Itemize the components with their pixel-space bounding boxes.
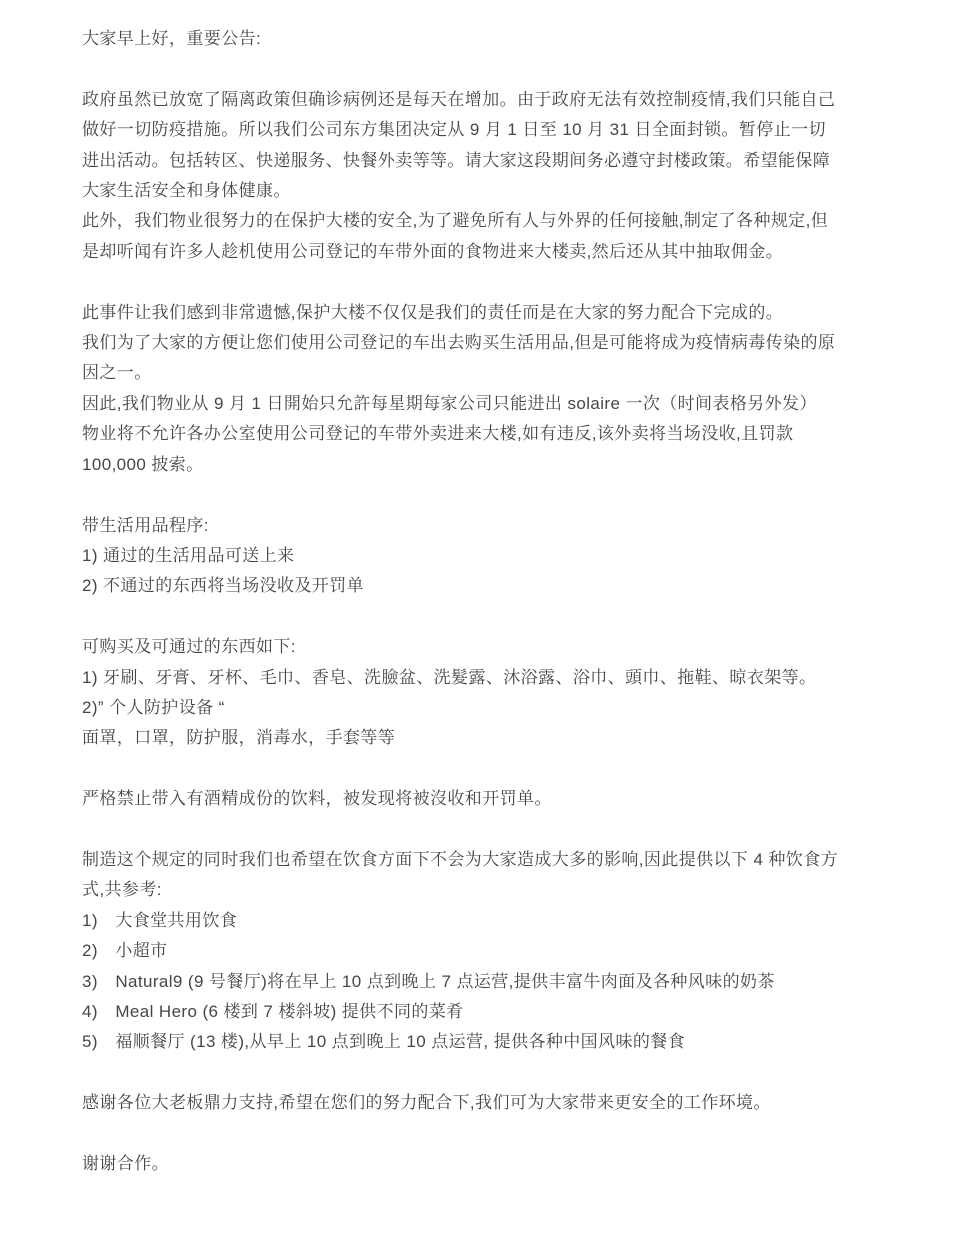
announcement-document: 大家早上好，重要公告: 政府虽然已放宽了隔离政策但确诊病例还是每天在增加。由于政… bbox=[0, 0, 958, 1179]
text-line: 制造这个规定的同时我们也希望在饮食方面下不会为大家造成大多的影响,因此提供以下 … bbox=[82, 845, 880, 875]
text-line: 严格禁止带入有酒精成份的饮料，被发现将被沒收和开罚单。 bbox=[82, 784, 880, 814]
text-line: 2) 小超市 bbox=[82, 936, 880, 966]
text-line: 此外，我们物业很努力的在保护大楼的安全,为了避免所有人与外界的任何接触,制定了各… bbox=[82, 206, 880, 236]
blank-line bbox=[82, 54, 880, 84]
text-line: 大家早上好，重要公告: bbox=[82, 24, 880, 54]
text-line: 式,共参考: bbox=[82, 875, 880, 905]
text-line: 带生活用品程序: bbox=[82, 511, 880, 541]
text-line: 政府虽然已放宽了隔离政策但确诊病例还是每天在增加。由于政府无法有效控制疫情,我们… bbox=[82, 85, 880, 115]
blank-line bbox=[82, 1119, 880, 1149]
blank-line bbox=[82, 602, 880, 632]
text-line: 我们为了大家的方便让您们使用公司登记的车出去购买生活用品,但是可能将成为疫情病毒… bbox=[82, 328, 880, 358]
text-line: 因之一。 bbox=[82, 358, 880, 388]
text-line: 因此,我们物业从 9 月 1 日開始只允許每星期每家公司只能进出 solaire… bbox=[82, 389, 880, 419]
text-line: 此事件让我们感到非常遗憾,保护大楼不仅仅是我们的责任而是在大家的努力配合下完成的… bbox=[82, 298, 880, 328]
text-line: 谢谢合作。 bbox=[82, 1149, 880, 1179]
text-line: 感谢各位大老板鼎力支持,希望在您们的努力配合下,我们可为大家带来更安全的工作环境… bbox=[82, 1088, 880, 1118]
text-line: 2)” 个人防护设备 “ bbox=[82, 693, 880, 723]
blank-line bbox=[82, 267, 880, 297]
text-line: 1) 通过的生活用品可送上来 bbox=[82, 541, 880, 571]
text-line: 5) 福顺餐厅 (13 楼),从早上 10 点到晚上 10 点运营, 提供各种中… bbox=[82, 1027, 880, 1057]
text-line: 1) 牙刷、牙膏、牙杯、毛巾、香皂、洗臉盆、洗髮露、沐浴露、浴巾、頭巾、拖鞋、晾… bbox=[82, 663, 880, 693]
blank-line bbox=[82, 1058, 880, 1088]
blank-line bbox=[82, 815, 880, 845]
text-line: 100,000 披索。 bbox=[82, 450, 880, 480]
text-line: 1) 大食堂共用饮食 bbox=[82, 906, 880, 936]
blank-line bbox=[82, 480, 880, 510]
text-line: 物业将不允许各办公室使用公司登记的车带外卖进来大楼,如有违反,该外卖将当场没收,… bbox=[82, 419, 880, 449]
text-line: 做好一切防疫措施。所以我们公司东方集团决定从 9 月 1 日至 10 月 31 … bbox=[82, 115, 880, 145]
text-line: 可购买及可通过的东西如下: bbox=[82, 632, 880, 662]
blank-line bbox=[82, 754, 880, 784]
text-line: 3) Natural9 (9 号餐厅)将在早上 10 点到晚上 7 点运营,提供… bbox=[82, 967, 880, 997]
text-line: 进出活动。包括转区、快递服务、快餐外卖等等。请大家这段期间务必遵守封楼政策。希望… bbox=[82, 146, 880, 176]
text-line: 4) Meal Hero (6 楼到 7 楼斜坡) 提供不同的菜肴 bbox=[82, 997, 880, 1027]
text-line: 是却听闻有许多人趁机使用公司登记的车带外面的食物进来大楼卖,然后还从其中抽取佣金… bbox=[82, 237, 880, 267]
text-line: 面罩，口罩，防护服，消毒水，手套等等 bbox=[82, 723, 880, 753]
text-line: 2) 不通过的东西将当场没收及开罚单 bbox=[82, 571, 880, 601]
text-line: 大家生活安全和身体健康。 bbox=[82, 176, 880, 206]
